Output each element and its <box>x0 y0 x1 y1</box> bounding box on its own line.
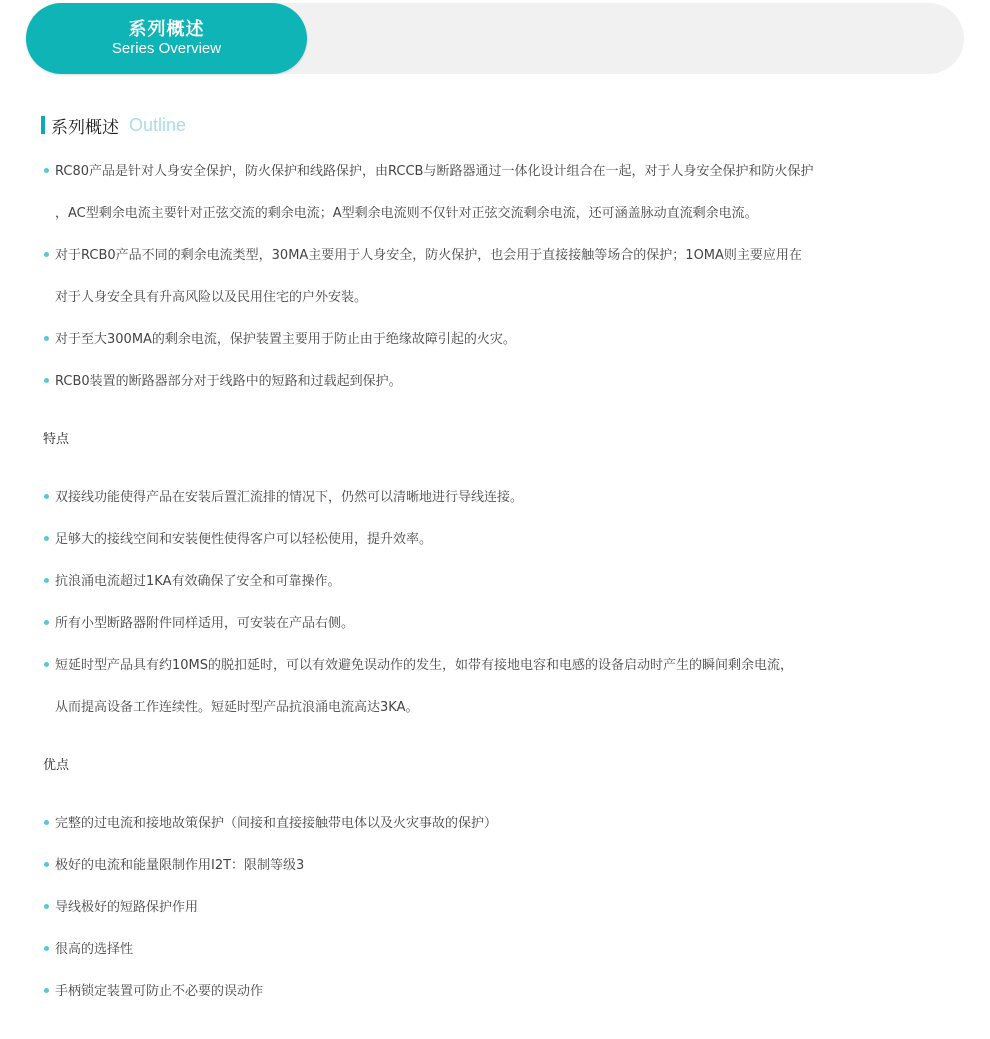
features-heading: 特点 <box>43 430 69 450</box>
list-item: 很高的选择性 <box>44 940 133 960</box>
bullet-icon <box>44 662 49 667</box>
bullet-icon <box>44 578 49 583</box>
bullet-icon <box>44 862 49 867</box>
bullet-icon <box>44 378 49 383</box>
header-title-en: Series Overview <box>112 40 221 58</box>
bullet-icon <box>44 904 49 909</box>
bullet-icon <box>44 620 49 625</box>
list-item: 完整的过电流和接地故策保护（间接和直接接触带电体以及火灾事故的保护） <box>44 814 497 834</box>
list-item-continuation: 从而提高设备工作连续性。短延时型产品抗浪涌电流高达3KA。 <box>55 698 418 718</box>
list-item: 抗浪涌电流超过1KA有效确保了安全和可靠操作。 <box>44 572 340 592</box>
list-item: 短延时型产品具有约10MS的脱扣延时，可以有效避免误动作的发生，如带有接地电容和… <box>44 656 793 676</box>
list-item-continuation: 对于人身安全具有升高风险以及民用住宅的户外安装。 <box>55 288 367 308</box>
outline-title-en: Outline <box>129 115 186 136</box>
advantages-heading: 优点 <box>43 756 69 776</box>
title-accent-bar <box>41 116 45 134</box>
bullet-icon <box>44 988 49 993</box>
list-item: 导线极好的短路保护作用 <box>44 898 198 918</box>
header-pill: 系列概述 Series Overview <box>26 3 307 74</box>
list-item: RCB0装置的断路器部分对于线路中的短路和过载起到保护。 <box>44 372 402 392</box>
list-item: RC80产品是针对人身安全保护，防火保护和线路保护，由RCCB与断路器通过一体化… <box>44 162 813 182</box>
bullet-icon <box>44 168 49 173</box>
bullet-icon <box>44 494 49 499</box>
list-item: 对于RCB0产品不同的剩余电流类型，30MA主要用于人身安全，防火保护，也会用于… <box>44 246 802 266</box>
list-item: 所有小型断路器附件同样适用，可安装在产品右侧。 <box>44 614 354 634</box>
bullet-icon <box>44 946 49 951</box>
list-item: 双接线功能使得产品在安装后置汇流排的情况下，仍然可以清晰地进行导线连接。 <box>44 488 523 508</box>
list-item: 足够大的接线空间和安装便性使得客户可以轻松使用，提升效率。 <box>44 530 432 550</box>
bullet-icon <box>44 820 49 825</box>
bullet-icon <box>44 536 49 541</box>
outline-title-zh: 系列概述 <box>51 113 119 138</box>
bullet-icon <box>44 252 49 257</box>
header-title-zh: 系列概述 <box>129 19 205 40</box>
list-item: 极好的电流和能量限制作用I2T：限制等级3 <box>44 856 304 876</box>
list-item: 对于至大300MA的剩余电流，保护装置主要用于防止由于绝缘故障引起的火灾。 <box>44 330 516 350</box>
list-item: 手柄锁定装置可防止不必要的误动作 <box>44 982 263 1002</box>
bullet-icon <box>44 336 49 341</box>
outline-title: 系列概述 Outline <box>41 114 186 136</box>
list-item-continuation: ，AC型剩余电流主要针对正弦交流的剩余电流；A型剩余电流则不仅针对正弦交流剩余电… <box>55 204 758 224</box>
